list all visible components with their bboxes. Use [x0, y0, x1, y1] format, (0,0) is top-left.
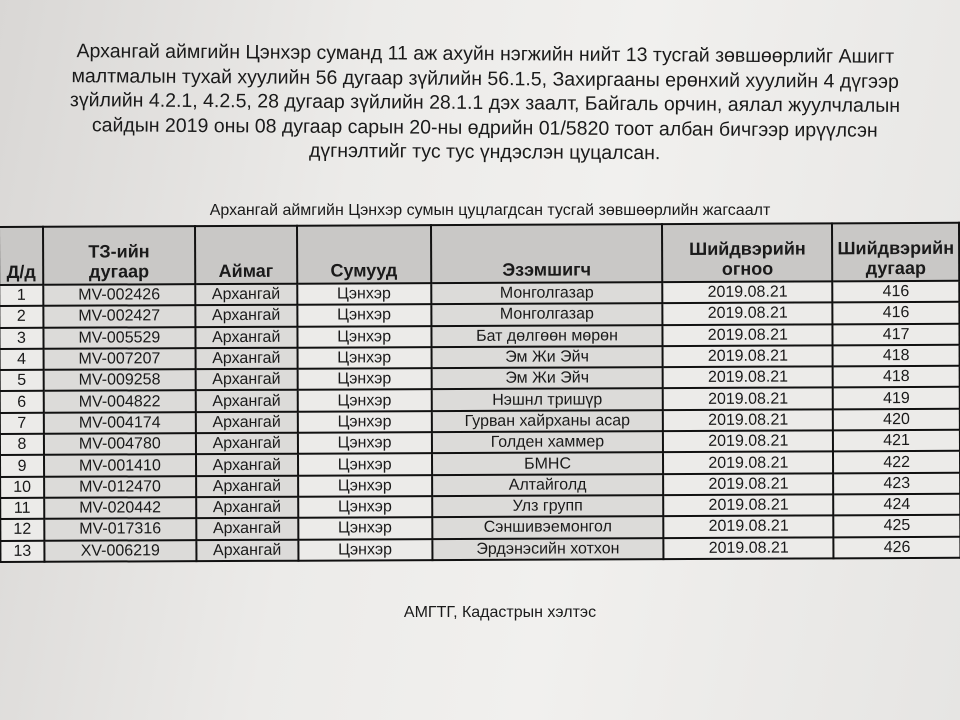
cell-decision-date: 2019.08.21 — [663, 452, 833, 474]
cell-holder: Сэншивэемонгол — [432, 516, 664, 538]
cell-province: Архангай — [196, 475, 298, 497]
header-soum: Сумууд — [297, 225, 431, 284]
cell-decision-date: 2019.08.21 — [664, 494, 834, 516]
cell-soum: Цэнхэр — [297, 368, 431, 390]
cell-soum: Цэнхэр — [298, 496, 432, 518]
cell-decision-date: 2019.08.21 — [663, 367, 833, 389]
cell-decision-number: 421 — [833, 430, 960, 452]
cell-index: 8 — [0, 434, 44, 455]
cell-province: Архангай — [195, 348, 297, 370]
cell-holder: Эм Жи Эйч — [431, 367, 663, 389]
cell-decision-date: 2019.08.21 — [663, 324, 833, 346]
cell-license-number: MV-012470 — [44, 476, 196, 498]
table-header-row: Д/д ТЗ-ийндугаар Аймаг Сумууд Эзэмшигч Ш… — [0, 223, 959, 285]
cell-soum: Цэнхэр — [297, 283, 431, 305]
cell-license-number: MV-009258 — [44, 369, 196, 391]
cell-holder: Монголгазар — [431, 303, 663, 325]
cell-holder: Монголгазар — [431, 282, 663, 304]
cell-index: 10 — [0, 476, 44, 497]
cell-soum: Цэнхэр — [298, 475, 432, 497]
cell-soum: Цэнхэр — [298, 539, 432, 561]
cell-index: 2 — [0, 306, 43, 327]
cell-decision-number: 417 — [833, 323, 960, 345]
cell-decision-number: 418 — [833, 366, 960, 388]
cell-index: 11 — [0, 498, 44, 519]
cell-decision-date: 2019.08.21 — [664, 516, 834, 538]
cell-decision-date: 2019.08.21 — [663, 473, 833, 495]
cell-license-number: MV-004174 — [44, 412, 196, 434]
cell-decision-date: 2019.08.21 — [663, 345, 833, 367]
intro-paragraph: Архангай аймгийн Цэнхэр суманд 11 аж аху… — [40, 39, 931, 168]
footer-signature: АМГТГ, Кадастрын хэлтэс — [300, 604, 700, 622]
cell-soum: Цэнхэр — [298, 453, 432, 475]
cell-decision-date: 2019.08.21 — [663, 430, 833, 452]
cell-holder: Бат дөлгөөн мөрөн — [431, 325, 663, 347]
header-decision-date: Шийдвэрийногноо — [662, 223, 832, 282]
cell-decision-date: 2019.08.21 — [663, 281, 833, 303]
cell-license-number: MV-004780 — [44, 433, 196, 455]
cell-province: Архангай — [195, 369, 297, 391]
cell-decision-date: 2019.08.21 — [664, 537, 834, 559]
cell-province: Архангай — [196, 390, 298, 412]
license-table-container: Д/д ТЗ-ийндугаар Аймаг Сумууд Эзэмшигч Ш… — [0, 222, 960, 563]
cell-province: Архангай — [196, 411, 298, 433]
cell-decision-number: 416 — [833, 281, 960, 303]
header-province: Аймаг — [195, 226, 297, 284]
cell-license-number: MV-002426 — [43, 284, 195, 306]
cell-license-number: MV-007207 — [43, 348, 195, 370]
header-index: Д/д — [0, 227, 43, 285]
cell-license-number: MV-004822 — [44, 391, 196, 413]
cell-soum: Цэнхэр — [297, 304, 431, 326]
cell-soum: Цэнхэр — [298, 517, 432, 539]
cell-holder: Алтайголд — [432, 474, 664, 496]
cell-license-number: MV-005529 — [43, 327, 195, 349]
cell-index: 4 — [0, 349, 44, 370]
cell-license-number: XV-006219 — [44, 540, 196, 562]
cell-index: 9 — [0, 455, 44, 476]
cell-decision-number: 424 — [833, 494, 960, 516]
cell-decision-date: 2019.08.21 — [663, 388, 833, 410]
cell-index: 12 — [0, 519, 44, 540]
cell-decision-number: 422 — [833, 451, 960, 473]
cell-province: Архангай — [195, 326, 297, 348]
document-page: Архангай аймгийн Цэнхэр суманд 11 аж аху… — [0, 0, 960, 720]
cell-index: 5 — [0, 370, 44, 391]
cell-index: 3 — [0, 327, 43, 348]
cell-soum: Цэнхэр — [298, 432, 432, 454]
cell-index: 6 — [0, 391, 44, 412]
table-title: Архангай аймгийн Цэнхэр сумын цуцлагдсан… — [160, 202, 820, 220]
revoked-licenses-table: Д/д ТЗ-ийндугаар Аймаг Сумууд Эзэмшигч Ш… — [0, 222, 960, 563]
cell-soum: Цэнхэр — [297, 390, 431, 412]
cell-decision-date: 2019.08.21 — [663, 303, 833, 325]
cell-decision-number: 416 — [833, 302, 960, 324]
cell-license-number: MV-020442 — [44, 497, 196, 519]
header-holder: Эзэмшигч — [431, 224, 663, 283]
cell-holder: БМНС — [432, 452, 664, 474]
cell-index: 13 — [0, 540, 44, 561]
cell-soum: Цэнхэр — [297, 326, 431, 348]
cell-province: Архангай — [196, 539, 298, 561]
cell-holder: Нэшнл тришүр — [431, 389, 663, 411]
header-license-number: ТЗ-ийндугаар — [43, 226, 195, 285]
cell-decision-date: 2019.08.21 — [663, 409, 833, 431]
cell-province: Архангай — [196, 518, 298, 540]
cell-decision-number: 426 — [834, 536, 960, 558]
cell-index: 7 — [0, 413, 44, 434]
cell-holder: Эм Жи Эйч — [431, 346, 663, 368]
cell-decision-number: 425 — [834, 515, 960, 537]
cell-license-number: MV-001410 — [44, 455, 196, 477]
cell-decision-number: 419 — [833, 387, 960, 409]
cell-province: Архангай — [196, 433, 298, 455]
cell-decision-number: 420 — [833, 409, 960, 431]
cell-license-number: MV-002427 — [43, 305, 195, 327]
table-row: 13XV-006219АрхангайЦэнхэрЭрдэнэсийн хотх… — [0, 536, 960, 561]
cell-decision-number: 423 — [833, 472, 960, 494]
cell-province: Архангай — [195, 284, 297, 306]
cell-holder: Улз групп — [432, 495, 664, 517]
cell-holder: Голден хаммер — [431, 431, 663, 453]
cell-soum: Цэнхэр — [297, 347, 431, 369]
cell-holder: Эрдэнэсийн хотхон — [432, 538, 664, 560]
cell-decision-number: 418 — [833, 345, 960, 367]
cell-province: Архангай — [195, 305, 297, 327]
table-body: 1MV-002426АрхангайЦэнхэрМонголгазар2019.… — [0, 281, 960, 562]
cell-holder: Гурван хайрханы асар — [431, 410, 663, 432]
cell-province: Архангай — [196, 454, 298, 476]
cell-province: Архангай — [196, 497, 298, 519]
cell-soum: Цэнхэр — [298, 411, 432, 433]
cell-index: 1 — [0, 285, 43, 306]
cell-license-number: MV-017316 — [44, 518, 196, 540]
header-decision-number: Шийдвэрийндугаар — [832, 223, 959, 282]
